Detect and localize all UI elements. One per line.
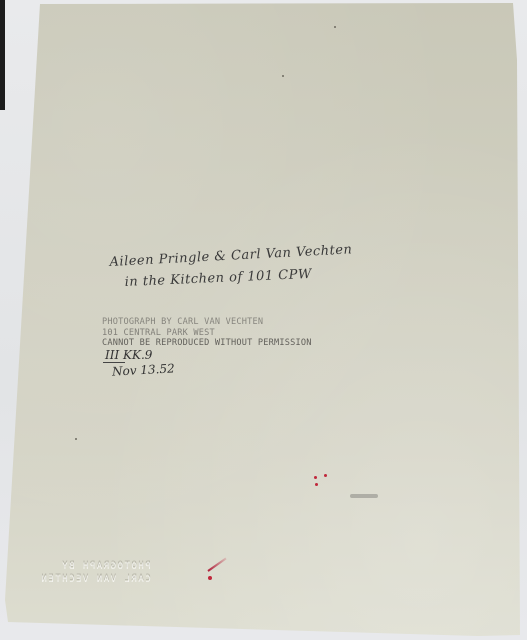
code-underline [103, 362, 125, 363]
handwritten-caption-line1: Aileen Pringle & Carl Van Vechten [109, 242, 353, 270]
speck [75, 438, 77, 440]
embossed-stamp: PHOTOGRAPH BY CARL VAN VECHTEN [40, 560, 151, 586]
stamp-line-permission: CANNOT BE REPRODUCED WITHOUT PERMISSION [102, 338, 312, 349]
handwritten-code: III KK.9 [105, 348, 152, 362]
handwritten-date: Nov 13.52 [112, 361, 175, 378]
speck [282, 75, 284, 77]
handwritten-caption-line2: in the Kitchen of 101 CPW [124, 267, 312, 290]
red-speck [315, 483, 318, 486]
pencil-smudge [350, 494, 378, 498]
typed-stamp: PHOTOGRAPH BY CARL VAN VECHTEN 101 CENTR… [102, 317, 312, 349]
emboss-line1: PHOTOGRAPH BY [40, 560, 151, 573]
speck [334, 26, 336, 28]
red-ink-streak [207, 558, 226, 572]
stamp-line-photographer: PHOTOGRAPH BY CARL VAN VECHTEN [102, 317, 312, 328]
dark-edge [0, 0, 5, 110]
red-speck [314, 476, 317, 479]
photo-back-paper: Aileen Pringle & Carl Van Vechten in the… [0, 0, 527, 640]
emboss-line2: CARL VAN VECHTEN [40, 573, 151, 586]
red-ink-dot [208, 576, 212, 580]
red-speck [324, 474, 327, 477]
stamp-line-address: 101 CENTRAL PARK WEST [102, 328, 312, 339]
